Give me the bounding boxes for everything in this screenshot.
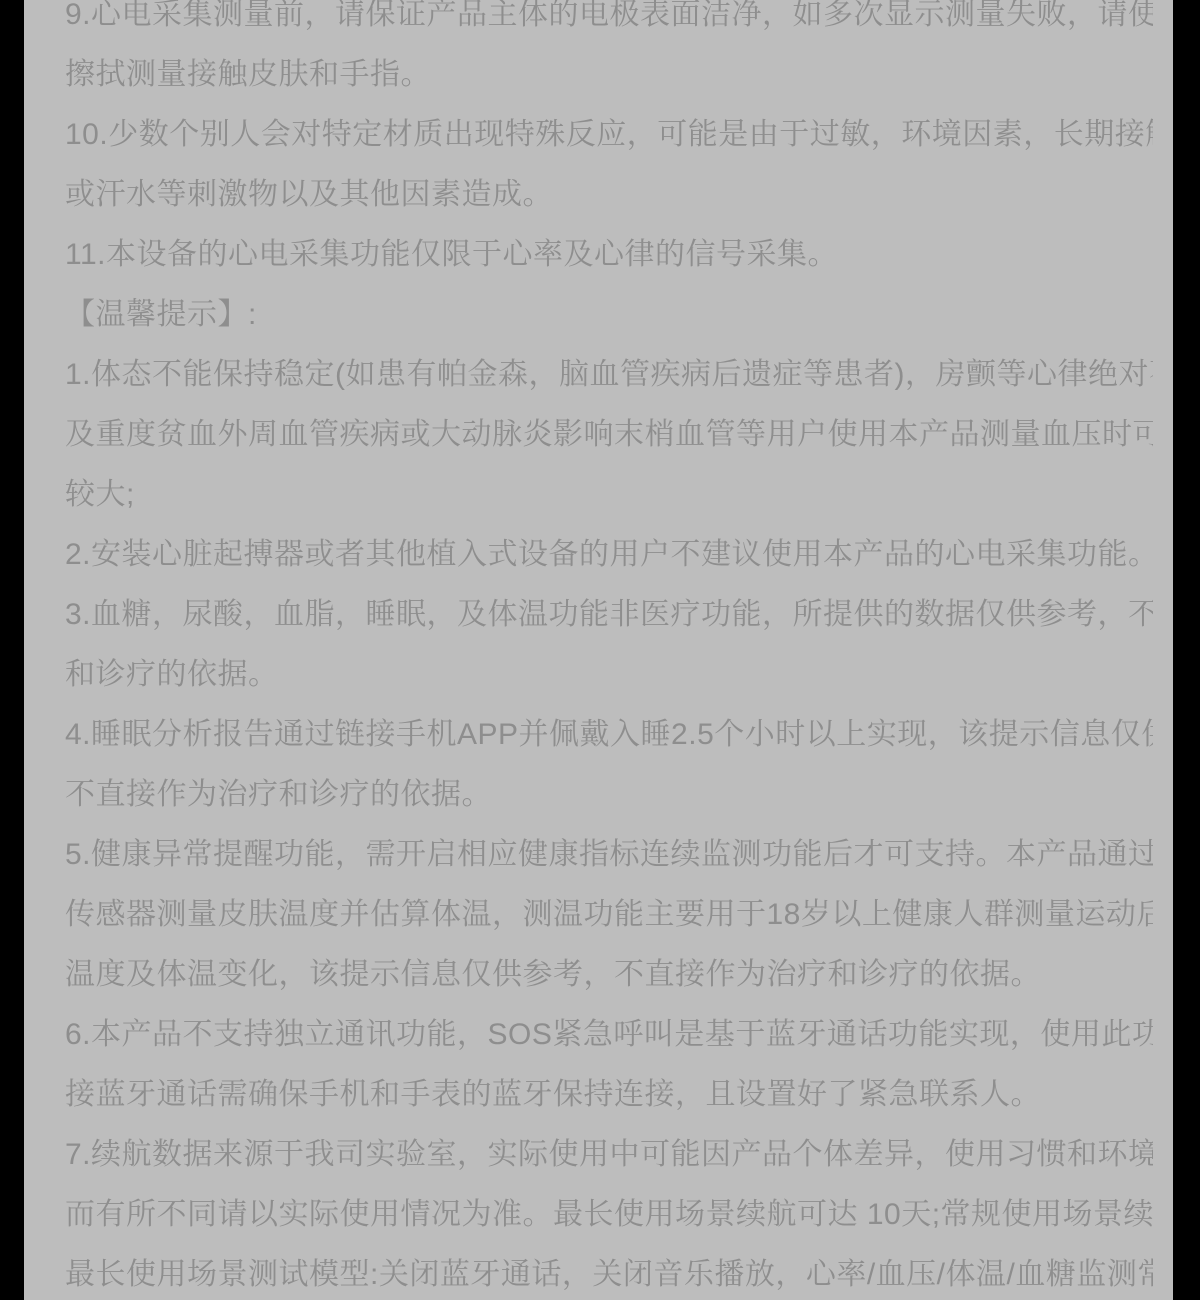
text-line: 不直接作为治疗和诊疗的依据。	[65, 765, 1153, 825]
text-line: 较大;	[65, 465, 1153, 525]
text-line: 温度及体温变化，该提示信息仅供参考，不直接作为治疗和诊疗的依据。	[65, 945, 1153, 1005]
right-letterbox	[1173, 0, 1200, 1300]
text-line: 6.本产品不支持独立通讯功能，SOS紧急呼叫是基于蓝牙通话功能实现，使用此功能必…	[65, 1005, 1153, 1065]
text-line: 1.体态不能保持稳定(如患有帕金森，脑血管疾病后遗症等患者)，房颤等心律绝对不整…	[65, 345, 1153, 405]
text-line: 传感器测量皮肤温度并估算体温，测温功能主要用于18岁以上健康人群测量运动后腕部皮…	[65, 885, 1153, 945]
text-line: 最长使用场景测试模型:关闭蓝牙通话，关闭音乐播放，心率/血压/体温/血糖监测常开…	[65, 1245, 1153, 1300]
text-line: 9.心电采集测量前，请保证产品主体的电极表面洁净，如多次显示测量失败，请使用酒精	[65, 0, 1153, 45]
text-line: 5.健康异常提醒功能，需开启相应健康指标连续监测功能后才可支持。本产品通过内置温…	[65, 825, 1153, 885]
text-line: 10.少数个别人会对特定材质出现特殊反应，可能是由于过敏，环境因素，长期接触肥皂…	[65, 105, 1153, 165]
text-line: 2.安装心脏起搏器或者其他植入式设备的用户不建议使用本产品的心电采集功能。	[65, 525, 1153, 585]
text-line: 接蓝牙通话需确保手机和手表的蓝牙保持连接，且设置好了紧急联系人。	[65, 1065, 1153, 1125]
text-line: 而有所不同请以实际使用情况为准。最长使用场景续航可达 10天;常规使用场景续航可…	[65, 1185, 1153, 1245]
text-line: 或汗水等刺激物以及其他因素造成。	[65, 165, 1153, 225]
disclaimer-text: 9.心电采集测量前，请保证产品主体的电极表面洁净，如多次显示测量失败，请使用酒精…	[24, 0, 1173, 1300]
left-letterbox	[0, 0, 24, 1300]
text-line: 3.血糖，尿酸，血脂，睡眠，及体温功能非医疗功能，所提供的数据仅供参考，不作为治…	[65, 585, 1153, 645]
text-line: 【温馨提示】:	[65, 285, 1153, 345]
text-line: 4.睡眠分析报告通过链接手机APP并佩戴入睡2.5个小时以上实现，该提示信息仅供…	[65, 705, 1153, 765]
text-line: 及重度贫血外周血管疾病或大动脉炎影响末梢血管等用户使用本产品测量血压时可能误差	[65, 405, 1153, 465]
text-line: 擦拭测量接触皮肤和手指。	[65, 45, 1153, 105]
text-line: 11.本设备的心电采集功能仅限于心率及心律的信号采集。	[65, 225, 1153, 285]
text-line: 和诊疗的依据。	[65, 645, 1153, 705]
product-description-page: 9.心电采集测量前，请保证产品主体的电极表面洁净，如多次显示测量失败，请使用酒精…	[24, 0, 1173, 1300]
text-line: 7.续航数据来源于我司实验室，实际使用中可能因产品个体差异，使用习惯和环境因素不…	[65, 1125, 1153, 1185]
screenshot-viewport: 9.心电采集测量前，请保证产品主体的电极表面洁净，如多次显示测量失败，请使用酒精…	[0, 0, 1200, 1300]
